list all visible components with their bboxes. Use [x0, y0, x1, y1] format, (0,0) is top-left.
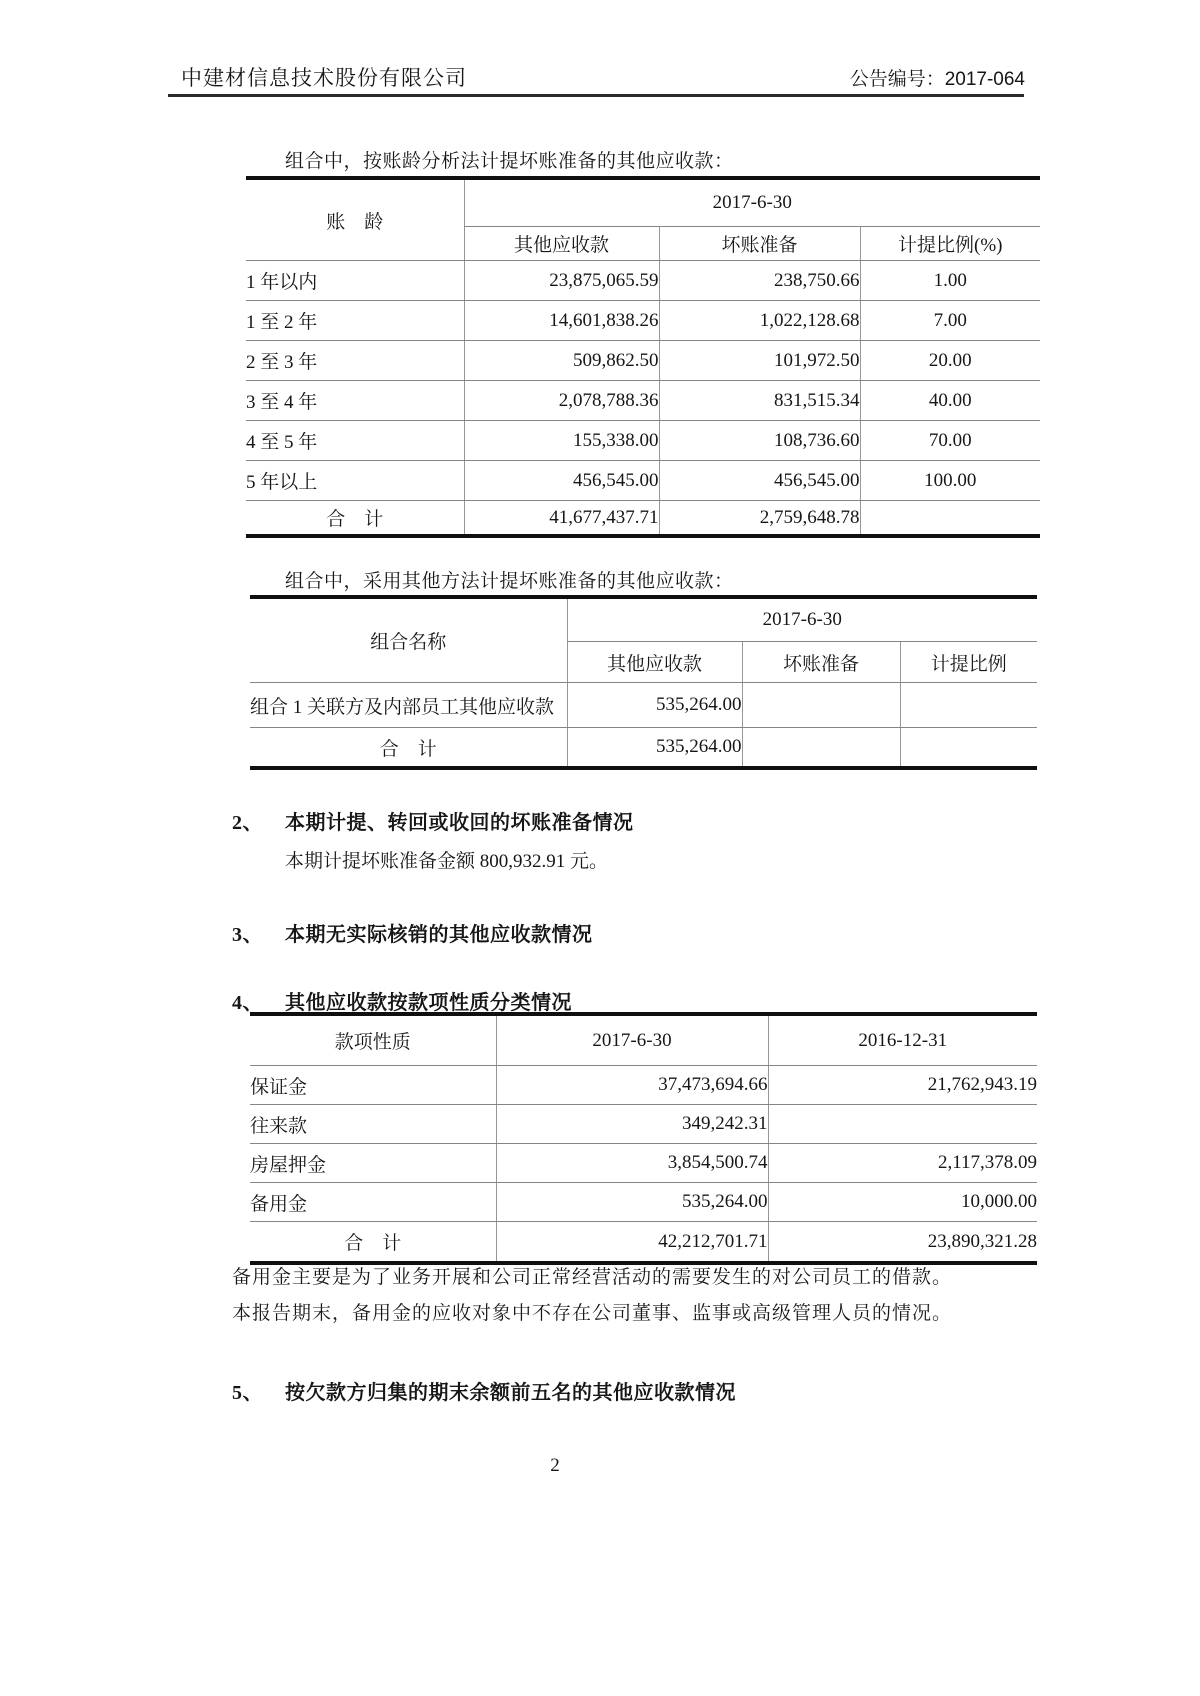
aging-col-receivable: 其他应收款 — [464, 227, 659, 261]
table-row: 保证金 37,473,694.66 21,762,943.19 — [250, 1066, 1037, 1105]
table-total-row: 合 计 535,264.00 — [250, 728, 1037, 769]
other-method-col-provision: 坏账准备 — [742, 642, 900, 683]
table-row: 2 至 3 年 509,862.50 101,972.50 20.00 — [246, 341, 1040, 381]
table-row: 4 至 5 年 155,338.00 108,736.60 70.00 — [246, 421, 1040, 461]
nature-col-prior: 2016-12-31 — [768, 1014, 1037, 1066]
table-row: 1 至 2 年 14,601,838.26 1,022,128.68 7.00 — [246, 301, 1040, 341]
other-method-corner-header: 组合名称 — [250, 597, 567, 683]
section-title-2: 本期计提、转回或收回的坏账准备情况 — [285, 812, 634, 834]
section-number-2: 2、 — [232, 806, 285, 835]
section-number-4: 4、 — [232, 986, 285, 1015]
nature-col-type: 款项性质 — [250, 1014, 496, 1066]
table-row: 5 年以上 456,545.00 456,545.00 100.00 — [246, 461, 1040, 501]
section-body-2: 本期计提坏账准备金额 800,932.91 元。 — [285, 846, 608, 873]
other-method-table-intro: 组合中，采用其他方法计提坏账准备的其他应收款： — [285, 566, 734, 593]
table-row: 组合 1 关联方及内部员工其他应收款 535,264.00 — [250, 683, 1037, 728]
table-total-row: 合 计 41,677,437.71 2,759,648.78 — [246, 501, 1040, 537]
aging-table-intro: 组合中，按账龄分析法计提坏账准备的其他应收款： — [285, 146, 734, 173]
aging-table: 账 龄 2017-6-30 其他应收款 坏账准备 计提比例(%) 1 年以内 2… — [246, 176, 1040, 538]
table-row: 1 年以内 23,875,065.59 238,750.66 1.00 — [246, 261, 1040, 301]
header-rule — [168, 94, 1024, 97]
table-row: 3 至 4 年 2,078,788.36 831,515.34 40.00 — [246, 381, 1040, 421]
other-method-table: 组合名称 2017-6-30 其他应收款 坏账准备 计提比例 组合 1 关联方及… — [250, 595, 1037, 770]
table-row: 房屋押金 3,854,500.74 2,117,378.09 — [250, 1144, 1037, 1183]
aging-col-provision: 坏账准备 — [659, 227, 860, 261]
notice-label: 公告编号： — [850, 69, 945, 90]
other-method-col-receivable: 其他应收款 — [567, 642, 742, 683]
table-row: 备用金 535,264.00 10,000.00 — [250, 1183, 1037, 1222]
note-paragraph-1: 备用金主要是为了业务开展和公司正常经营活动的需要发生的对公司员工的借款。 — [232, 1262, 952, 1289]
other-method-col-ratio: 计提比例 — [900, 642, 1037, 683]
section-title-5: 按欠款方归集的期末余额前五名的其他应收款情况 — [285, 1382, 736, 1404]
section-heading-5: 5、按欠款方归集的期末余额前五名的其他应收款情况 — [232, 1376, 736, 1405]
section-heading-4: 4、其他应收款按款项性质分类情况 — [232, 986, 572, 1015]
section-number-3: 3、 — [232, 918, 285, 947]
note-paragraph-2: 本报告期末，备用金的应收对象中不存在公司董事、监事或高级管理人员的情况。 — [232, 1298, 952, 1325]
section-title-4: 其他应收款按款项性质分类情况 — [285, 992, 572, 1014]
section-number-5: 5、 — [232, 1376, 285, 1405]
other-method-period-header: 2017-6-30 — [567, 597, 1037, 642]
table-total-row: 合 计 42,212,701.71 23,890,321.28 — [250, 1222, 1037, 1264]
aging-col-ratio: 计提比例(%) — [860, 227, 1040, 261]
notice-number-value: 2017-064 — [945, 69, 1025, 90]
nature-col-current: 2017-6-30 — [496, 1014, 768, 1066]
table-row: 往来款 349,242.31 — [250, 1105, 1037, 1144]
page-number: 2 — [540, 1455, 570, 1477]
nature-table: 款项性质 2017-6-30 2016-12-31 保证金 37,473,694… — [250, 1012, 1037, 1265]
section-heading-2: 2、本期计提、转回或收回的坏账准备情况 — [232, 806, 634, 835]
section-heading-3: 3、本期无实际核销的其他应收款情况 — [232, 918, 593, 947]
document-page: 中建材信息技术股份有限公司 公告编号：2017-064 组合中，按账龄分析法计提… — [0, 0, 1200, 1696]
notice-number: 公告编号：2017-064 — [810, 64, 1025, 91]
section-title-3: 本期无实际核销的其他应收款情况 — [285, 924, 593, 946]
aging-corner-header: 账 龄 — [246, 178, 464, 261]
company-name: 中建材信息技术股份有限公司 — [181, 62, 467, 92]
aging-period-header: 2017-6-30 — [464, 178, 1040, 227]
